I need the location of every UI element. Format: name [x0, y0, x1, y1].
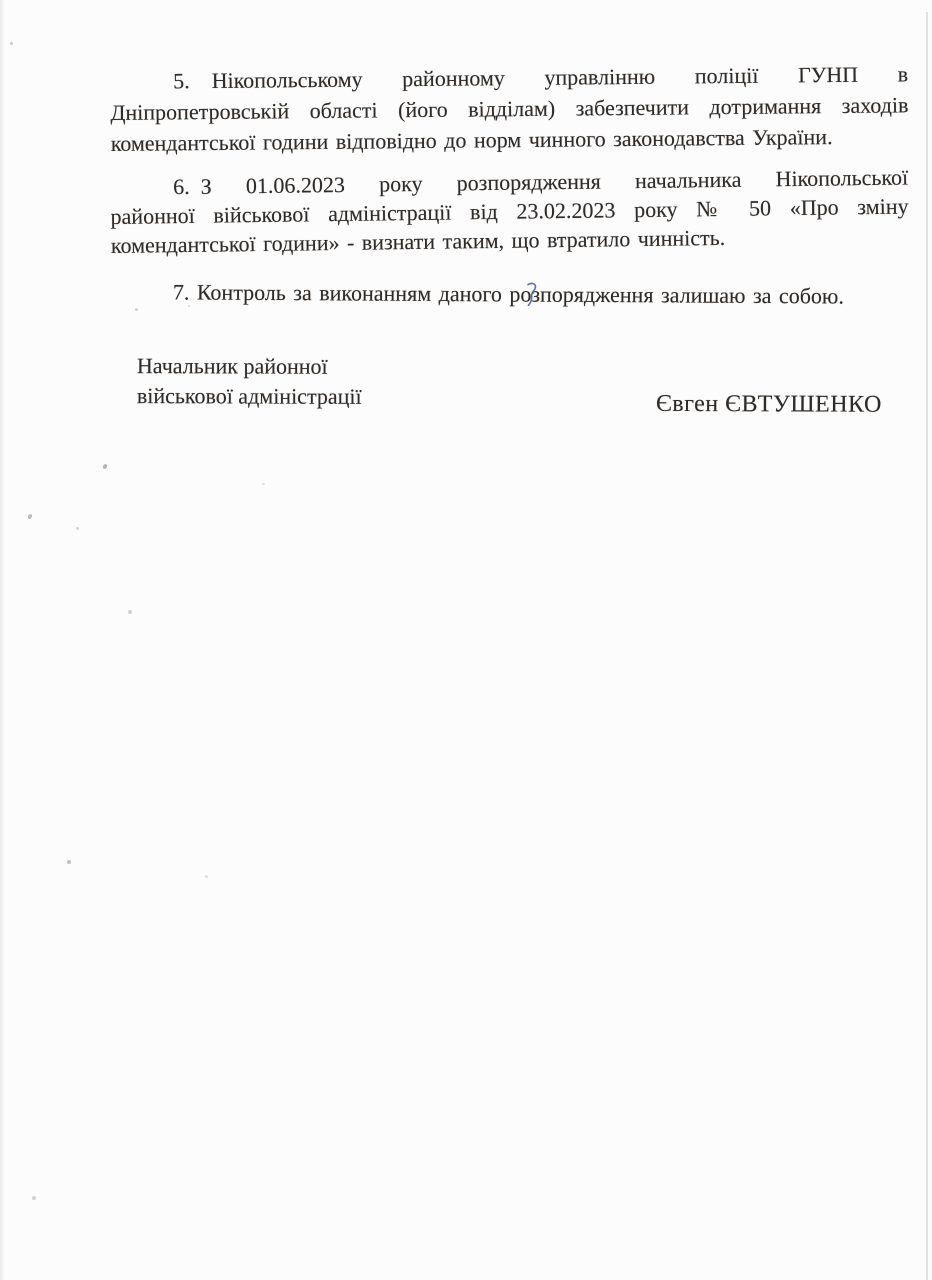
signatory-title-line-2: військової адміністрації — [137, 381, 362, 412]
pen-mark-icon — [524, 281, 541, 308]
scan-speck — [32, 1196, 36, 1200]
signatory-name: Євген ЄВТУШЕНКО — [656, 391, 882, 419]
scan-speck — [188, 305, 190, 307]
scan-speck — [135, 308, 138, 311]
signatory-title: Начальник районної військової адміністра… — [137, 351, 362, 412]
paragraph-5-line-3: комендантської години відповідно до норм… — [111, 120, 909, 159]
paragraph-7-line-1: 7. Контроль за виконанням даного розпоря… — [110, 276, 908, 312]
paragraph-5: 5. Нікопольському районному управлінню п… — [110, 58, 909, 159]
scan-speck — [76, 527, 79, 530]
scan-speck — [102, 463, 108, 469]
page-right-edge — [926, 12, 928, 1280]
scan-speck — [67, 860, 71, 864]
scan-speck — [262, 483, 265, 485]
scan-speck — [128, 610, 132, 614]
page-left-edge — [0, 0, 4, 1280]
scanned-document-page: 5. Нікопольському районному управлінню п… — [0, 0, 932, 1280]
paragraph-6: 6. З 01.06.2023 року розпорядження начал… — [110, 163, 909, 260]
scan-speck — [10, 42, 13, 45]
document-text-block: 5. Нікопольському районному управлінню п… — [110, 66, 908, 416]
signatory-title-line-1: Начальник районної — [137, 351, 362, 382]
scan-speck — [205, 875, 208, 878]
signature-block: Начальник районної військової адміністра… — [110, 351, 908, 419]
scan-speck — [27, 513, 33, 519]
paragraph-7: 7. Контроль за виконанням даного розпоря… — [110, 276, 908, 312]
